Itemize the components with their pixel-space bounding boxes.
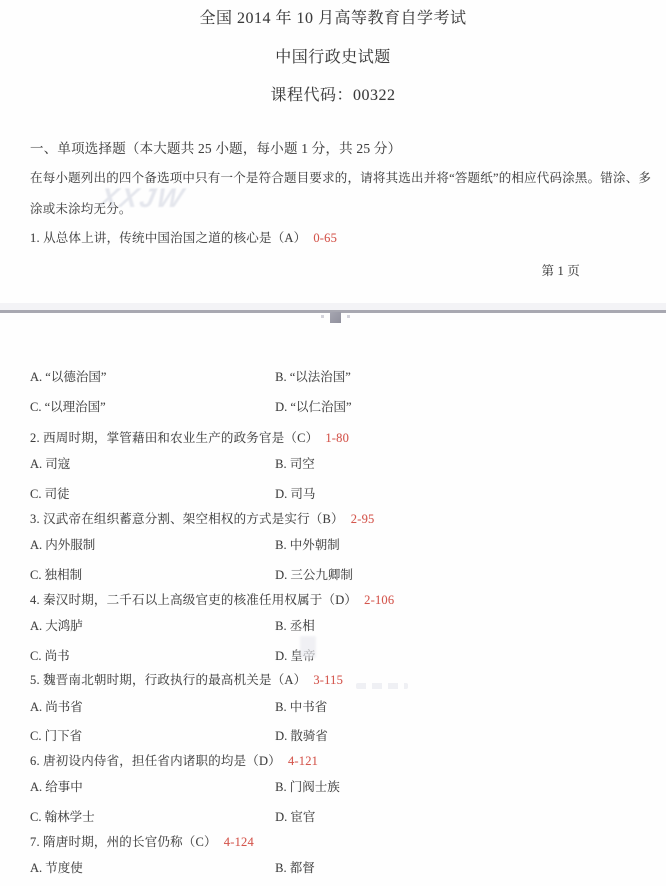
question-3-stem: 3. 汉武帝在组织蓄意分割、架空相权的方式是实行（B）2-95 (30, 510, 374, 528)
section-heading: 一、单项选择题（本大题共 25 小题，每小题 1 分，共 25 分） (30, 140, 401, 158)
question-2-answer-ref: 1-80 (325, 431, 349, 445)
question-5-option-d: D. 散骑省 (275, 727, 328, 745)
question-5-option-a: A. 尚书省 (30, 698, 272, 716)
question-1-option-c: C. “以理治国” (30, 398, 272, 416)
exam-title: 全国 2014 年 10 月高等教育自学考试 (0, 10, 666, 28)
question-6-option-c: C. 翰林学士 (30, 808, 272, 826)
page-number: 第 1 页 (541, 262, 580, 280)
question-2-options-cd: C. 司徒 D. 司马 (30, 485, 640, 503)
question-1-text: 1. 从总体上讲，传统中国治国之道的核心是（A） (30, 231, 306, 245)
question-3-option-b: B. 中外朝制 (275, 536, 340, 554)
question-5-options-ab: A. 尚书省 B. 中书省 (30, 698, 640, 716)
question-4-option-c: C. 尚书 (30, 647, 272, 665)
question-4-stem: 4. 秦汉时期，二千石以上高级官吏的核准任用权属于（D）2-106 (30, 591, 394, 609)
question-3-option-c: C. 独相制 (30, 566, 272, 584)
question-6-answer-ref: 4-121 (288, 754, 318, 768)
question-2-option-d: D. 司马 (275, 485, 315, 503)
question-2-options-ab: A. 司寇 B. 司空 (30, 455, 640, 473)
question-1-stem: 1. 从总体上讲，传统中国治国之道的核心是（A）0-65 (30, 229, 337, 247)
question-1-options-ab: A. “以德治国” B. “以法治国” (30, 368, 640, 386)
question-6-stem: 6. 唐初设内侍省，担任省内诸职的均是（D）4-121 (30, 752, 318, 770)
question-4-answer-ref: 2-106 (364, 593, 394, 607)
question-7-text: 7. 隋唐时期，州的长官仍称（C） (30, 835, 217, 849)
question-4-option-b: B. 丞相 (275, 617, 315, 635)
question-6-options-cd: C. 翰林学士 D. 宦官 (30, 808, 640, 826)
question-7-option-a: A. 节度使 (30, 859, 272, 877)
question-1-options-cd: C. “以理治国” D. “以仁治国” (30, 398, 640, 416)
question-5-option-b: B. 中书省 (275, 698, 327, 716)
question-5-text: 5. 魏晋南北朝时期，行政执行的最高机关是（A） (30, 673, 306, 687)
question-2-option-b: B. 司空 (275, 455, 315, 473)
question-5-options-cd: C. 门下省 D. 散骑省 (30, 727, 640, 745)
instructions-line-2: 涂或未涂均无分。 (30, 200, 132, 218)
question-7-option-b: B. 都督 (275, 859, 315, 877)
document-canvas: 全国 2014 年 10 月高等教育自学考试 中国行政史试题 课程代码：0032… (0, 0, 666, 886)
question-3-text: 3. 汉武帝在组织蓄意分割、架空相权的方式是实行（B） (30, 512, 344, 526)
question-6-option-d: D. 宦官 (275, 808, 315, 826)
question-5-stem: 5. 魏晋南北朝时期，行政执行的最高机关是（A）3-115 (30, 671, 343, 689)
question-1-answer-ref: 0-65 (313, 231, 337, 245)
question-3-option-d: D. 三公九卿制 (275, 566, 353, 584)
question-4-options-cd: C. 尚书 D. 皇帝 (30, 647, 640, 665)
question-6-text: 6. 唐初设内侍省，担任省内诸职的均是（D） (30, 754, 281, 768)
question-3-options-ab: A. 内外服制 B. 中外朝制 (30, 536, 640, 554)
scan-smudge (356, 683, 408, 689)
question-2-option-c: C. 司徒 (30, 485, 272, 503)
question-6-option-b: B. 门阀士族 (275, 778, 340, 796)
question-3-option-a: A. 内外服制 (30, 536, 272, 554)
question-7-options-ab: A. 节度使 B. 都督 (30, 859, 640, 877)
question-5-option-c: C. 门下省 (30, 727, 272, 745)
question-4-option-a: A. 大鸿胪 (30, 617, 272, 635)
question-7-answer-ref: 4-124 (224, 835, 254, 849)
question-1-option-b: B. “以法治国” (275, 368, 351, 386)
question-6-option-a: A. 给事中 (30, 778, 272, 796)
question-7-stem: 7. 隋唐时期，州的长官仍称（C）4-124 (30, 833, 254, 851)
question-4-option-d: D. 皇帝 (275, 647, 315, 665)
question-2-option-a: A. 司寇 (30, 455, 272, 473)
question-3-answer-ref: 2-95 (351, 512, 375, 526)
page-break-handle[interactable] (330, 312, 341, 323)
question-2-text: 2. 西周时期，掌管藉田和农业生产的政务官是（C） (30, 431, 318, 445)
course-code: 课程代码：00322 (0, 87, 666, 105)
question-4-text: 4. 秦汉时期，二千石以上高级官吏的核准任用权属于（D） (30, 593, 357, 607)
question-3-options-cd: C. 独相制 D. 三公九卿制 (30, 566, 640, 584)
instructions-line-1: 在每小题列出的四个备选项中只有一个是符合题目要求的，请将其选出并将“答题纸”的相… (30, 169, 651, 187)
question-5-answer-ref: 3-115 (313, 673, 343, 687)
question-4-options-ab: A. 大鸿胪 B. 丞相 (30, 617, 640, 635)
exam-subject-title: 中国行政史试题 (0, 49, 666, 67)
question-2-stem: 2. 西周时期，掌管藉田和农业生产的政务官是（C）1-80 (30, 429, 349, 447)
question-6-options-ab: A. 给事中 B. 门阀士族 (30, 778, 640, 796)
question-1-option-a: A. “以德治国” (30, 368, 272, 386)
question-1-option-d: D. “以仁治国” (275, 398, 351, 416)
